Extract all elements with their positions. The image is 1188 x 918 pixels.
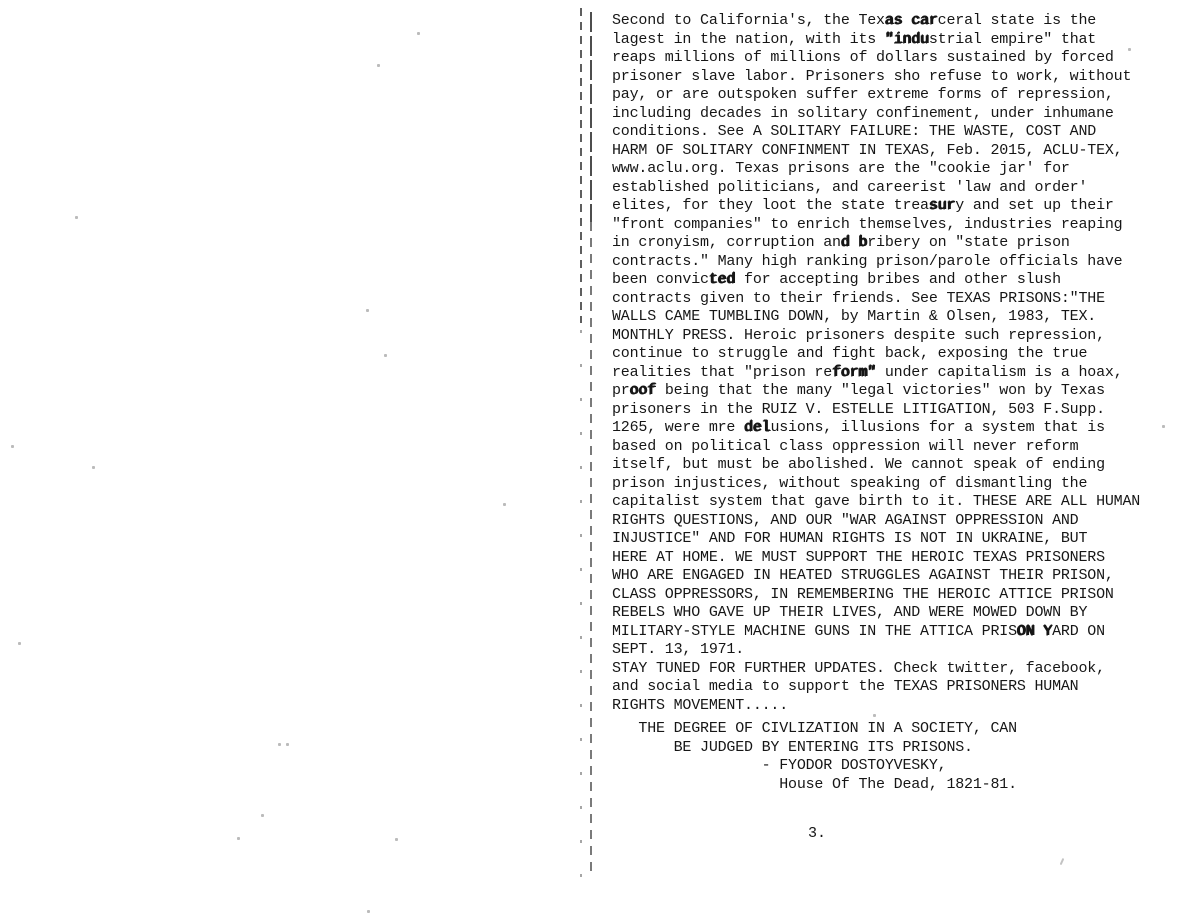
text-line: conditions. See A SOLITARY FAILURE: THE …: [612, 123, 1140, 142]
scan-speck: [278, 743, 281, 746]
overstrike-smudge: ted: [709, 271, 735, 288]
text-line: 1265, were mre delusions, illusions for …: [612, 419, 1140, 438]
scan-speck: [367, 910, 370, 913]
scan-speck: [237, 837, 240, 840]
overstrike-smudge: form": [832, 364, 876, 381]
text-line: Second to California's, the Texas carcer…: [612, 12, 1140, 31]
gutter-binding-line: [580, 8, 582, 323]
text-line: RIGHTS QUESTIONS, AND OUR "WAR AGAINST O…: [612, 512, 1140, 531]
text-line: capitalist system that gave birth to it.…: [612, 493, 1140, 512]
scan-speck: [384, 354, 387, 357]
text-line: established politicians, and careerist '…: [612, 179, 1140, 198]
main-text-block: Second to California's, the Texas carcer…: [612, 12, 1140, 715]
quote-line: THE DEGREE OF CIVLIZATION IN A SOCIETY, …: [612, 720, 1017, 739]
text-line: contracts." Many high ranking prison/par…: [612, 253, 1140, 272]
text-line: "front companies" to enrich themselves, …: [612, 216, 1140, 235]
text-line: MONTHLY PRESS. Heroic prisoners despite …: [612, 327, 1140, 346]
text-line: RIGHTS MOVEMENT.....: [612, 697, 1140, 716]
quote-line: - FYODOR DOSTOYVESKY,: [612, 757, 1017, 776]
text-line: reaps millions of millions of dollars su…: [612, 49, 1140, 68]
scan-speck: [503, 503, 506, 506]
gutter-binding-line: [590, 222, 592, 872]
overstrike-smudge: sur: [929, 197, 955, 214]
scan-speck: [395, 838, 398, 841]
text-line: prison injustices, without speaking of d…: [612, 475, 1140, 494]
text-line: SEPT. 13, 1971.: [612, 641, 1140, 660]
overstrike-smudge: d b: [841, 234, 867, 251]
text-line: prisoners in the RUIZ V. ESTELLE LITIGAT…: [612, 401, 1140, 420]
overstrike-smudge: del: [744, 419, 770, 436]
scan-speck: [286, 743, 289, 746]
text-line: HARM OF SOLITARY CONFINMENT IN TEXAS, Fe…: [612, 142, 1140, 161]
scan-speck: [873, 714, 876, 717]
text-line: HERE AT HOME. WE MUST SUPPORT THE HEROIC…: [612, 549, 1140, 568]
text-line: in cronyism, corruption and bribery on "…: [612, 234, 1140, 253]
scan-speck: [75, 216, 78, 219]
text-line: contracts given to their friends. See TE…: [612, 290, 1140, 309]
text-line: elites, for they loot the state treasury…: [612, 197, 1140, 216]
text-line: been convicted for accepting bribes and …: [612, 271, 1140, 290]
text-line: CLASS OPPRESSORS, IN REMEMBERING THE HER…: [612, 586, 1140, 605]
overstrike-smudge: as car: [885, 12, 938, 29]
text-line: REBELS WHO GAVE UP THEIR LIVES, AND WERE…: [612, 604, 1140, 623]
scan-speck: [377, 64, 380, 67]
scan-speck: [366, 309, 369, 312]
text-line: itself, but must be abolished. We cannot…: [612, 456, 1140, 475]
page-number: 3.: [808, 825, 826, 844]
scan-speck: [1128, 48, 1131, 51]
text-line: proof being that the many "legal victori…: [612, 382, 1140, 401]
quote-line: BE JUDGED BY ENTERING ITS PRISONS.: [612, 739, 1017, 758]
gutter-binding-line: [580, 330, 582, 890]
text-line: INJUSTICE" AND FOR HUMAN RIGHTS IS NOT I…: [612, 530, 1140, 549]
text-line: WALLS CAME TUMBLING DOWN, by Martin & Ol…: [612, 308, 1140, 327]
text-line: pay, or are outspoken suffer extreme for…: [612, 86, 1140, 105]
text-line: continue to struggle and fight back, exp…: [612, 345, 1140, 364]
scan-speck: [92, 466, 95, 469]
overstrike-smudge: "indu: [885, 31, 929, 48]
scan-stray-mark: [1060, 858, 1064, 865]
overstrike-smudge: ON Y: [1017, 623, 1052, 640]
scan-speck: [18, 642, 21, 645]
gutter-binding-line: [590, 12, 592, 222]
quote-line: House Of The Dead, 1821-81.: [612, 776, 1017, 795]
text-line: lagest in the nation, with its "industri…: [612, 31, 1140, 50]
scanned-document-page: Second to California's, the Texas carcer…: [0, 0, 1188, 918]
scan-speck: [261, 814, 264, 817]
text-line: and social media to support the TEXAS PR…: [612, 678, 1140, 697]
text-line: MILITARY-STYLE MACHINE GUNS IN THE ATTIC…: [612, 623, 1140, 642]
scan-speck: [1162, 425, 1165, 428]
text-line: based on political class oppression will…: [612, 438, 1140, 457]
text-line: realities that "prison reform" under cap…: [612, 364, 1140, 383]
overstrike-smudge: oof: [630, 382, 656, 399]
scan-speck: [417, 32, 420, 35]
text-line: prisoner slave labor. Prisoners sho refu…: [612, 68, 1140, 87]
text-line: www.aclu.org. Texas prisons are the "coo…: [612, 160, 1140, 179]
text-line: STAY TUNED FOR FURTHER UPDATES. Check tw…: [612, 660, 1140, 679]
scan-speck: [11, 445, 14, 448]
text-line: including decades in solitary confinemen…: [612, 105, 1140, 124]
text-line: WHO ARE ENGAGED IN HEATED STRUGGLES AGAI…: [612, 567, 1140, 586]
quote-block: THE DEGREE OF CIVLIZATION IN A SOCIETY, …: [612, 720, 1017, 794]
